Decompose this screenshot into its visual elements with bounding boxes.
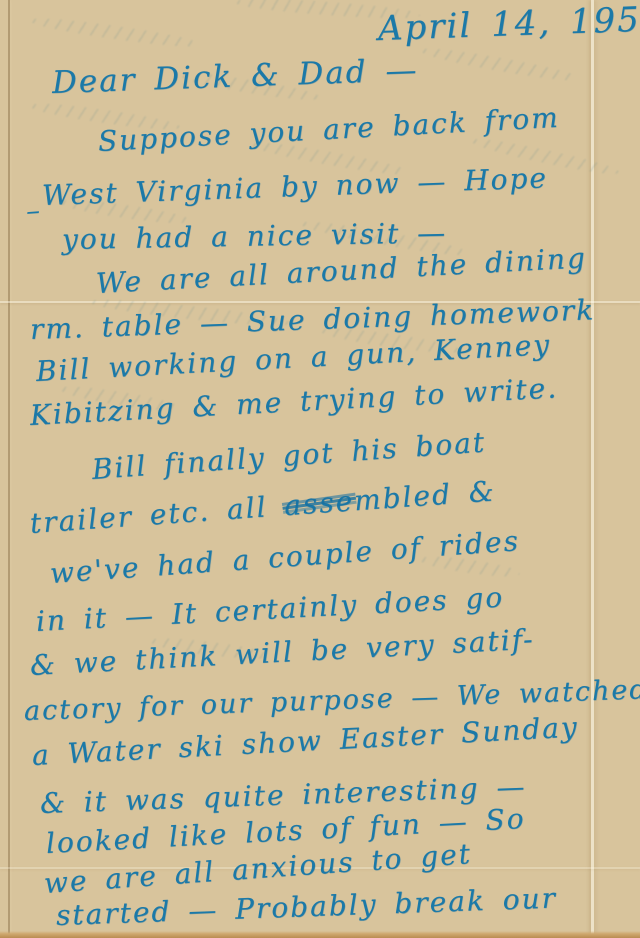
letter-line: West Virginia by now — Hope (42, 164, 549, 210)
salutation: Dear Dick & Dad — (51, 55, 418, 99)
letter-line: you had a nice visit — (62, 219, 448, 254)
letter-line-segment: mbled & (353, 474, 497, 517)
letter-page: April 14, 1955 Dear Dick & Dad — Suppose… (0, 0, 640, 938)
letter-line-segment: trailer etc. all (29, 489, 286, 540)
margin-dash: – (25, 194, 41, 228)
letter-line: we've had a couple of rides (49, 527, 521, 588)
bleed-through-mark (30, 14, 200, 51)
bleed-through-mark (420, 44, 580, 85)
right-fold-crease (591, 0, 594, 938)
letter-line: trailer etc. all assembled & (29, 477, 496, 537)
bottom-fold-shadow (0, 931, 640, 938)
letter-date: April 14, 1955 (377, 2, 640, 46)
left-edge-crease (8, 0, 10, 938)
letter-line: Bill finally got his boat (91, 428, 487, 483)
scribbled-out-text: asse (283, 484, 355, 522)
